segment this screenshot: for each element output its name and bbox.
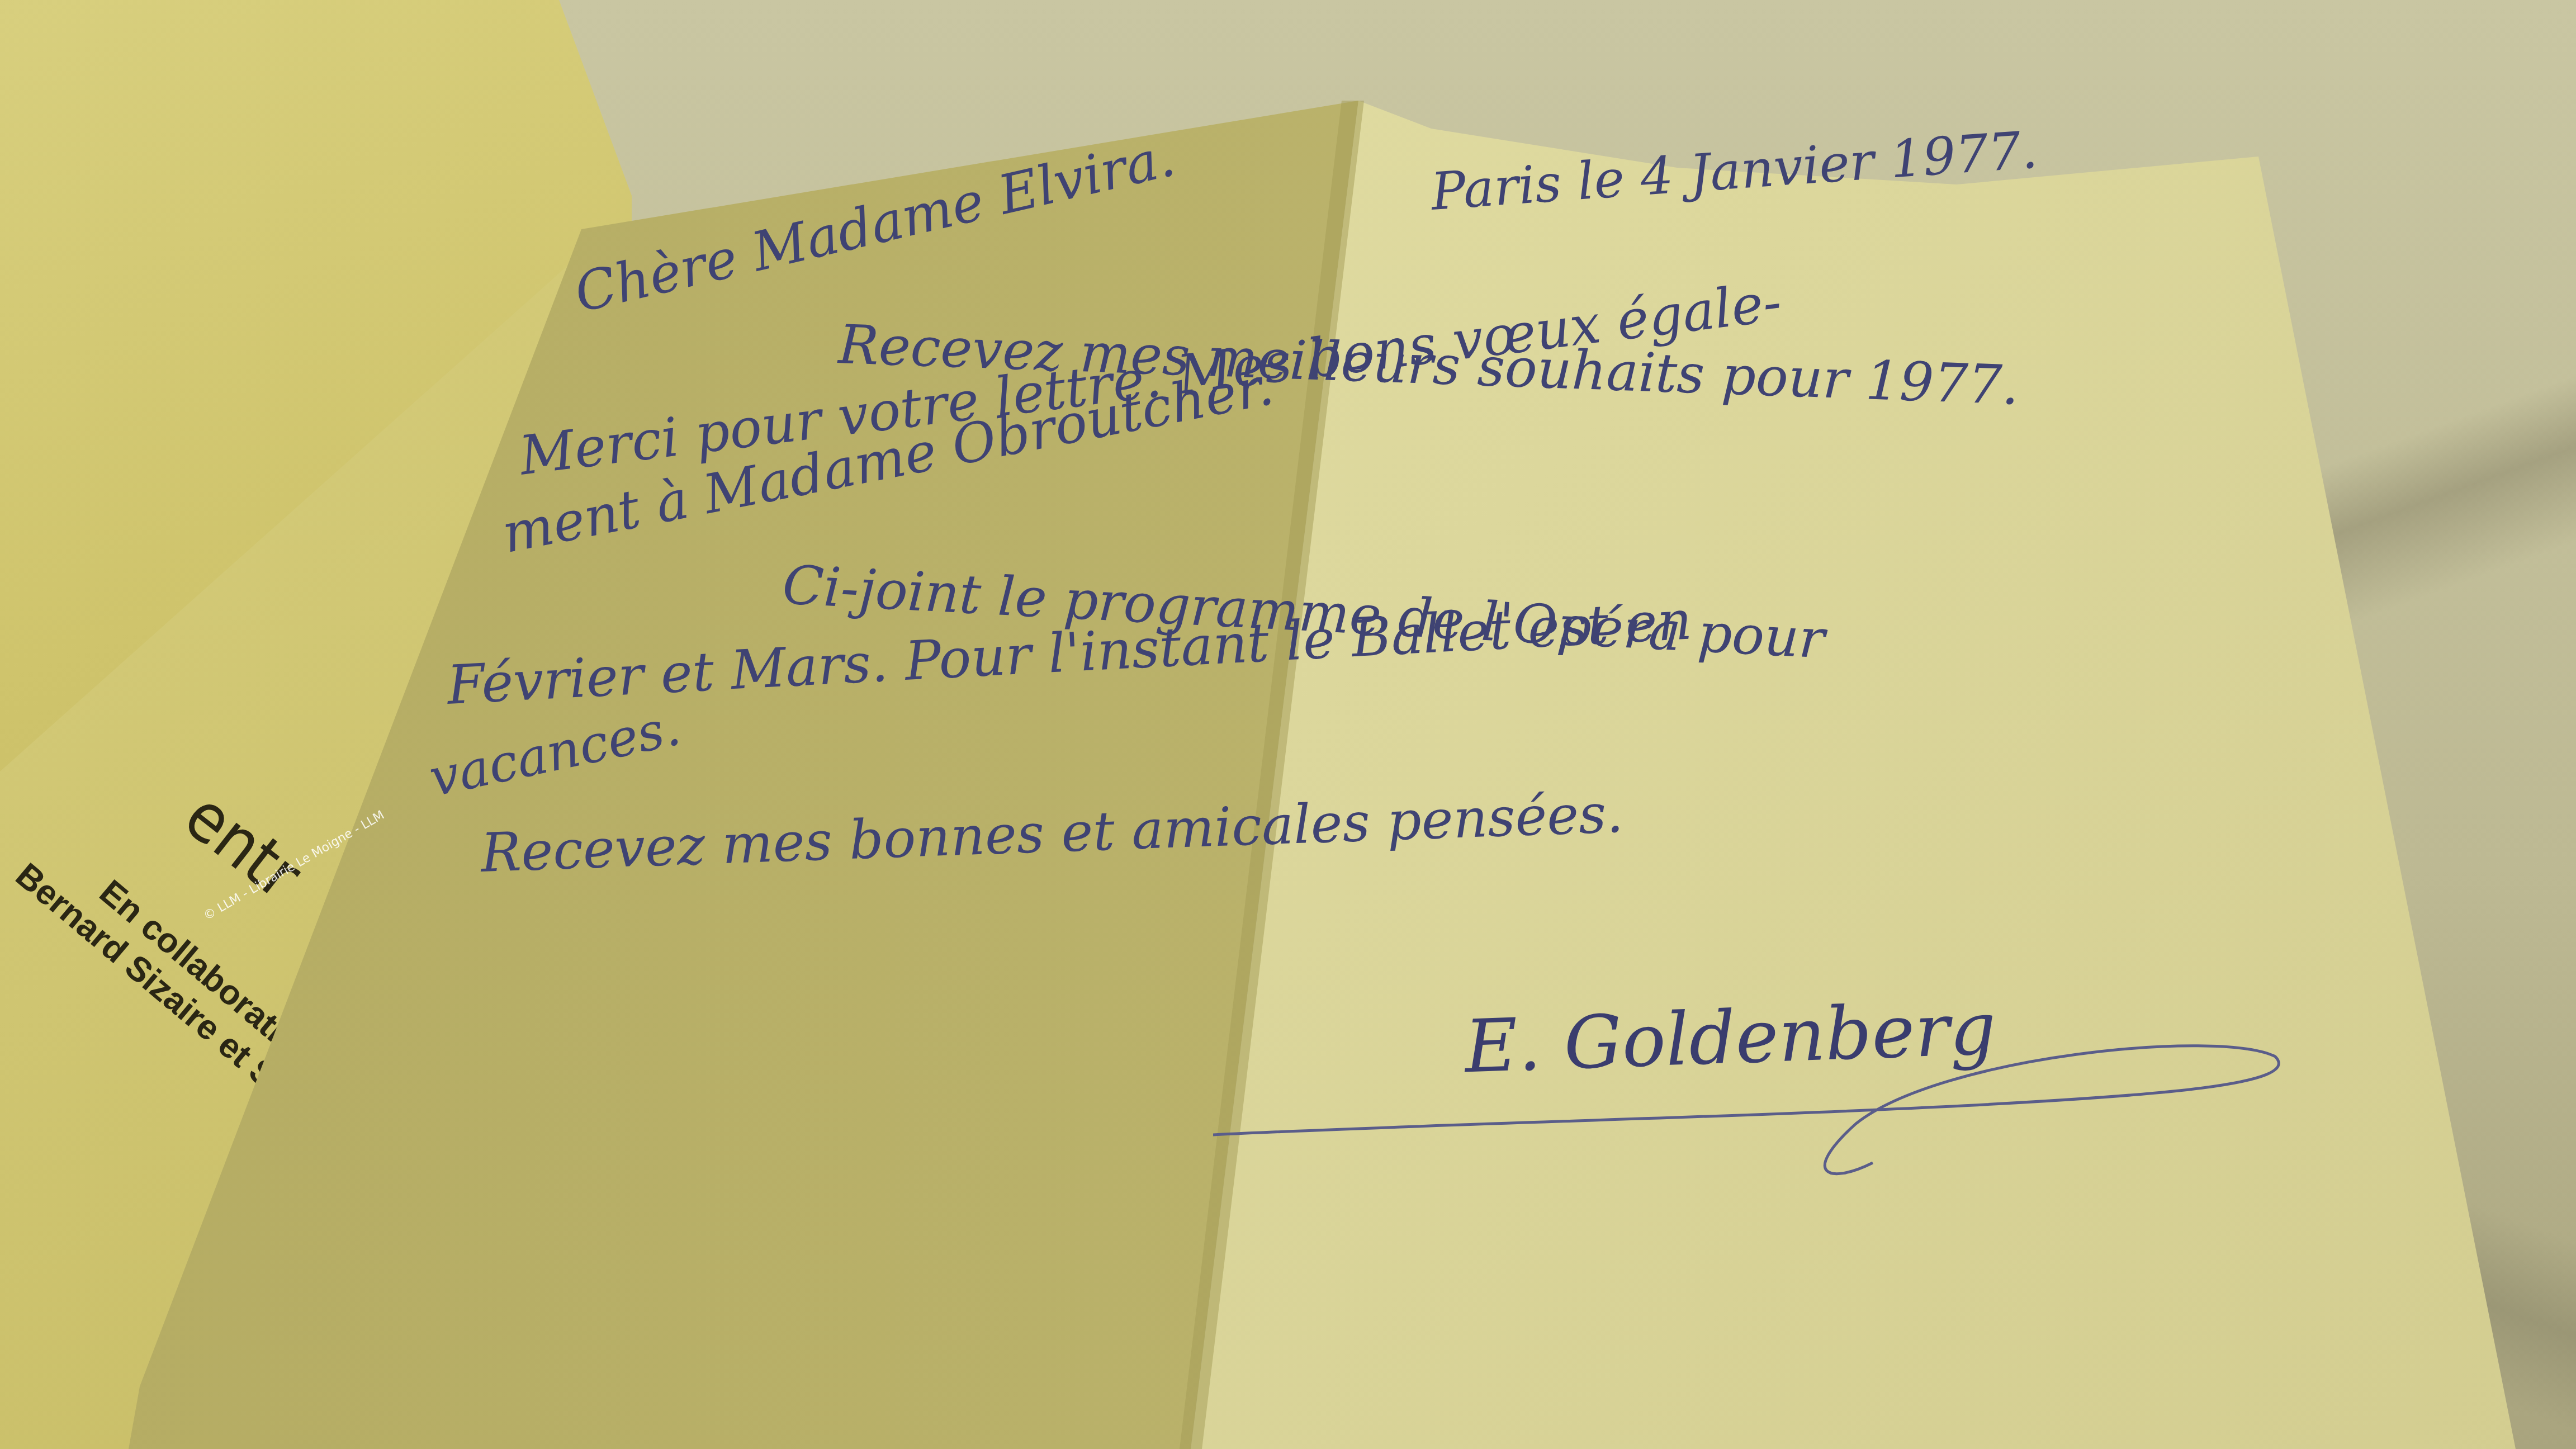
signature-underline-flourish	[1213, 1034, 2303, 1180]
